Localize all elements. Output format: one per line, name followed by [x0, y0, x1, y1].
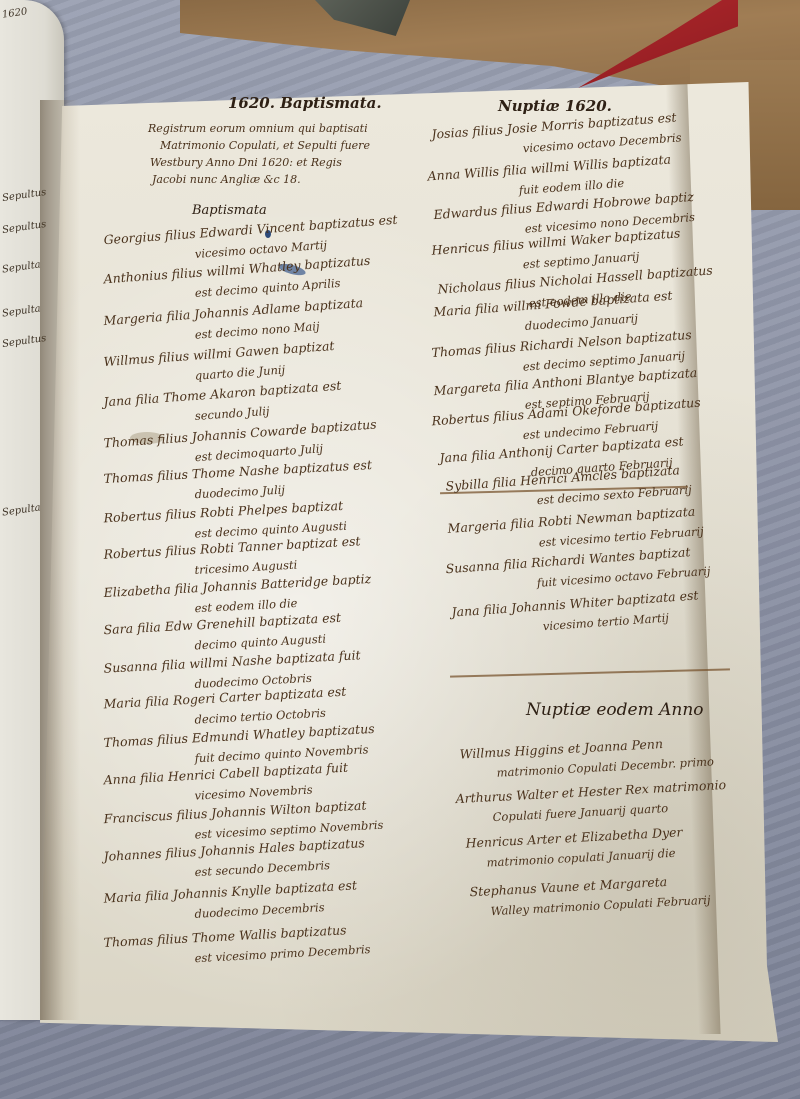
preamble-line: Jacobi nunc Angliæ &c 18. [152, 173, 301, 186]
margin-note: Sepulta [1, 303, 41, 319]
margin-note: 1620 [1, 6, 28, 20]
margin-note: Sepulta [1, 259, 41, 275]
section-title-baptismata: Baptismata [192, 203, 267, 218]
section-title-nuptiae: Nuptiæ eodem Anno [526, 700, 704, 720]
page-gutter-shadow [40, 100, 80, 1020]
preamble-line: Registrum eorum omnium qui baptisati [148, 122, 368, 135]
page-header-nuptiae: Nuptiæ 1620. [498, 97, 612, 115]
preamble-line: Westbury Anno Dni 1620: et Regis [150, 156, 342, 169]
margin-note: Sepulta [1, 502, 41, 518]
page-header-baptismata: 1620. Baptismata. [228, 94, 382, 112]
preamble-line: Matrimonio Copulati, et Sepulti fuere [160, 139, 370, 152]
